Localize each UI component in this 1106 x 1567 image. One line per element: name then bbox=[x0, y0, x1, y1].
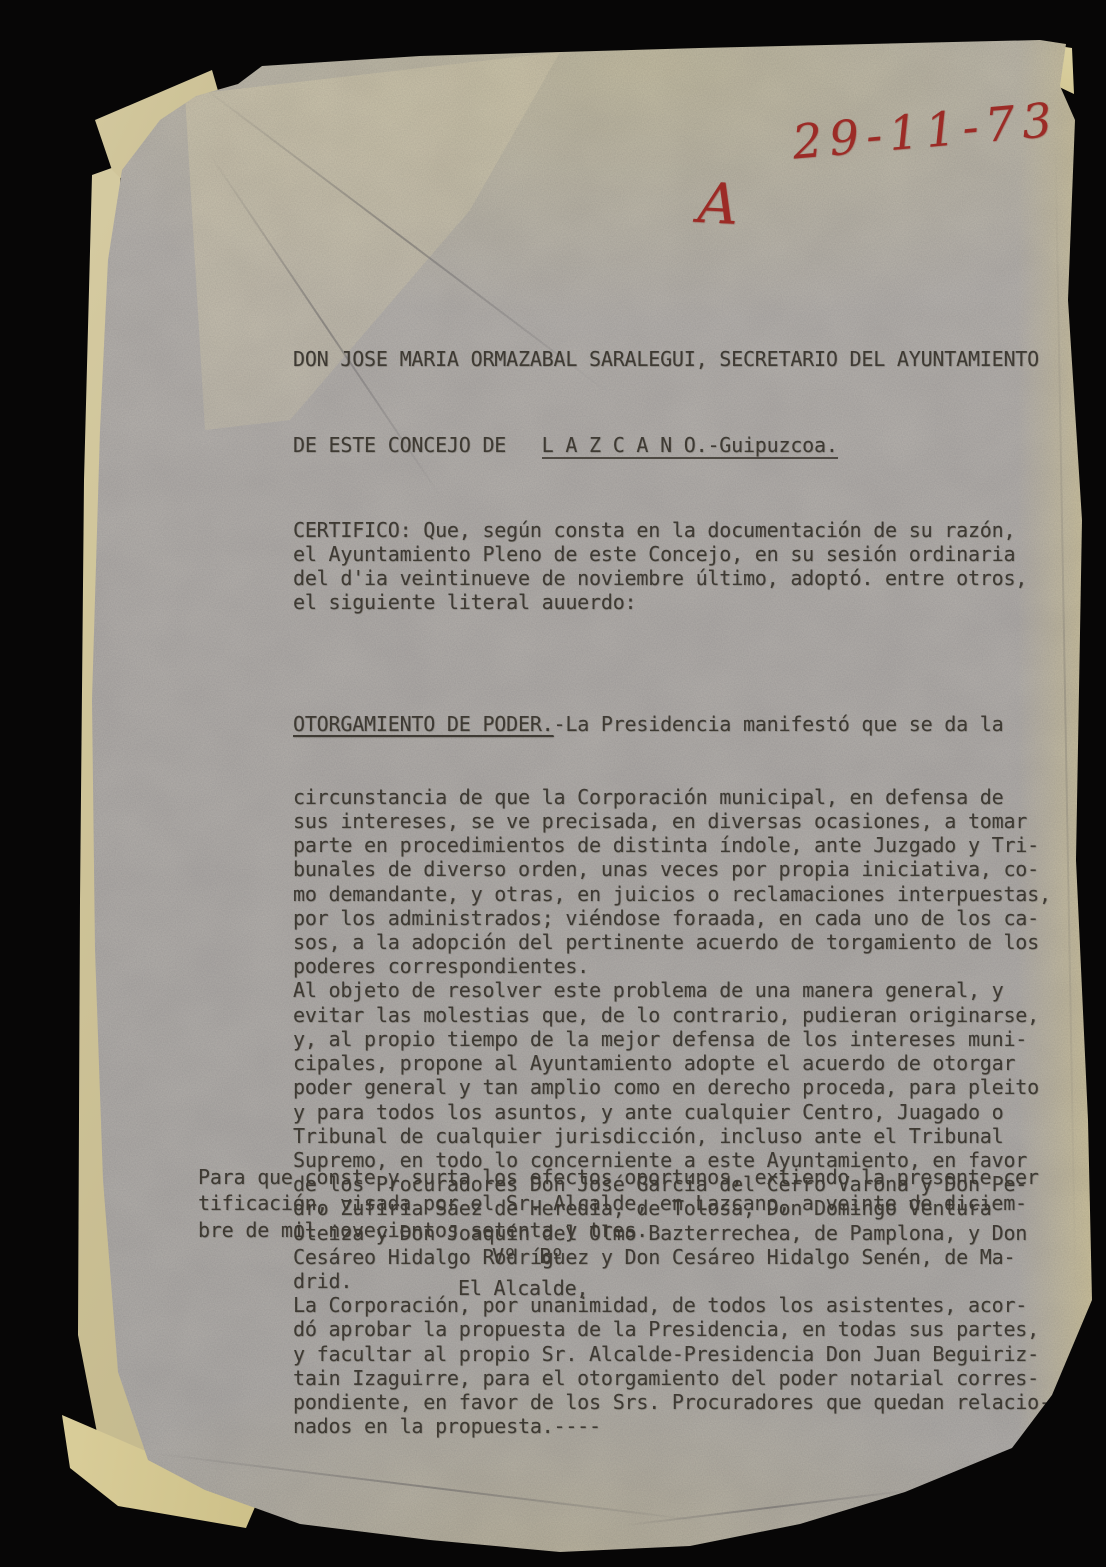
title-prefix: DE ESTE CONCEJO DE bbox=[293, 433, 542, 457]
resolution-heading: OTORGAMIENTO DE PODER. bbox=[293, 712, 554, 737]
text-line: Cesáreo Hidalgo Rodríguez y Don Cesáreo … bbox=[293, 1245, 1103, 1269]
text-line: Para que conste y surta los efectos opor… bbox=[198, 1164, 1106, 1190]
text-line: sus intereses, se ve precisada, en diver… bbox=[293, 809, 1103, 833]
text-line: sos, a la adopción del pertinente acuerd… bbox=[293, 930, 1103, 954]
scanned-document: 29-11-73 A DON JOSE MARIA ORMAZABAL SARA… bbox=[0, 0, 1106, 1567]
text-line: La Corporación, por unanimidad, de todos… bbox=[293, 1293, 1103, 1317]
closing-paragraph: Para que conste y surta los efectos opor… bbox=[198, 1164, 1106, 1243]
text-line: tain Izaguirre, para el otorgamiento del… bbox=[293, 1366, 1103, 1390]
visto-bueno: Vº Bº bbox=[492, 1244, 563, 1268]
text-line: y para todos los asuntos, y ante cualqui… bbox=[293, 1100, 1103, 1124]
document-title-line2: DE ESTE CONCEJO DE L A Z C A N O.-Guipuz… bbox=[293, 433, 1103, 457]
text-line: drid. bbox=[293, 1269, 1103, 1293]
resolution-heading-rest: -La Presidencia manifestó que se da la bbox=[554, 712, 1004, 736]
text-line: evitar las molestias que, de lo contrari… bbox=[293, 1003, 1103, 1027]
paper-sheet: 29-11-73 A DON JOSE MARIA ORMAZABAL SARA… bbox=[0, 0, 1106, 1567]
text-line: mo demandante, y otras, en juicios o rec… bbox=[293, 882, 1103, 906]
text-line: Al objeto de resolver este problema de u… bbox=[293, 978, 1103, 1002]
text-line: Tribunal de cualquier jurisdicción, incl… bbox=[293, 1124, 1103, 1148]
text-line: el Ayuntamiento Pleno de este Concejo, e… bbox=[293, 542, 1103, 566]
text-line: y, al propio tiempo de la mejor defensa … bbox=[293, 1027, 1103, 1051]
text-line: poderes correspondientes. bbox=[293, 954, 1103, 978]
certification-paragraph: CERTIFICO: Que, según consta en la docum… bbox=[293, 518, 1103, 615]
resolution-body: circunstancia de que la Corporación muni… bbox=[293, 785, 1103, 1438]
typed-text-block: DON JOSE MARIA ORMAZABAL SARALEGUI, SECR… bbox=[293, 299, 1103, 1535]
text-line: cipales, propone al Ayuntamiento adopte … bbox=[293, 1051, 1103, 1075]
text-line: el siguiente literal auuerdo: bbox=[293, 590, 1103, 614]
signature-role-line: El Alcalde, bbox=[458, 1276, 588, 1300]
text-line: por los administrados; viéndose foraada,… bbox=[293, 906, 1103, 930]
resolution-heading-line: OTORGAMIENTO DE PODER.-La Presidencia ma… bbox=[293, 712, 1103, 736]
text-line: poder general y tan amplio como en derec… bbox=[293, 1075, 1103, 1099]
document-title-line1: DON JOSE MARIA ORMAZABAL SARALEGUI, SECR… bbox=[293, 347, 1103, 371]
handwritten-letter-a: A bbox=[696, 171, 740, 238]
text-line: dó aprobar la propuesta de la Presidenci… bbox=[293, 1317, 1103, 1341]
resolution-paragraph: OTORGAMIENTO DE PODER.-La Presidencia ma… bbox=[293, 664, 1103, 1487]
text-line: del d'ia veintinueve de noviembre último… bbox=[293, 566, 1103, 590]
text-line: parte en procedimientos de distinta índo… bbox=[293, 833, 1103, 857]
text-line: bre de mil novecientos setenta y tres. bbox=[198, 1217, 1106, 1243]
text-line: circunstancia de que la Corporación muni… bbox=[293, 785, 1103, 809]
title-place-underlined: L A Z C A N O.-Guipuzcoa. bbox=[542, 433, 838, 459]
text-line: nados en la propuesta.---- bbox=[293, 1414, 1103, 1438]
text-line: pondiente, en favor de los Srs. Procurad… bbox=[293, 1390, 1103, 1414]
text-line: CERTIFICO: Que, según consta en la docum… bbox=[293, 518, 1103, 542]
text-line: bunales de diverso orden, unas veces por… bbox=[293, 857, 1103, 881]
text-line: y facultar al propio Sr. Alcalde-Preside… bbox=[293, 1342, 1103, 1366]
text-line: tificación, visada por el Sr. Alcalde, e… bbox=[198, 1190, 1106, 1216]
